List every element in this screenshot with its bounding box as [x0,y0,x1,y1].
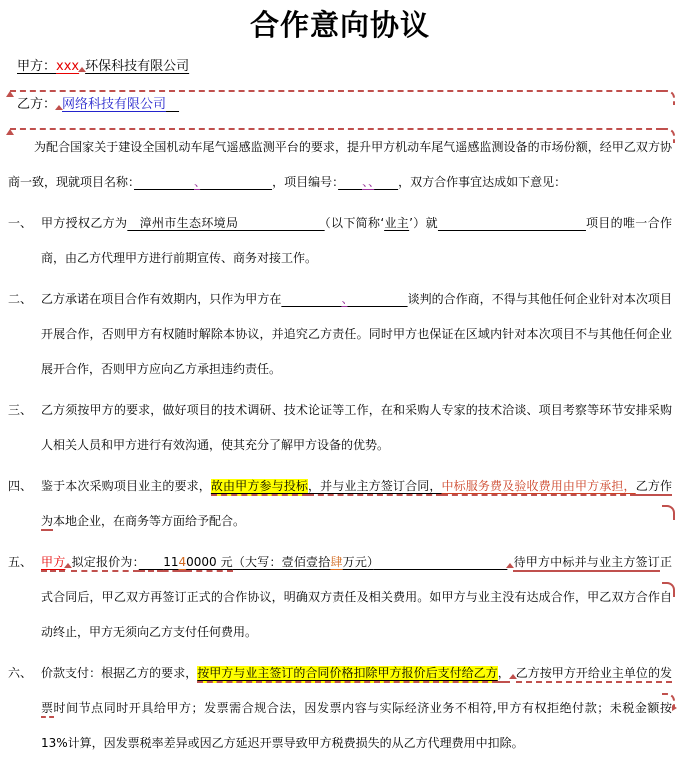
revision-hook-icon [662,128,675,143]
text-segment: ，双方合作事宜达成如下意见： [398,175,566,189]
text-segment: （大写：壹佰壹拾 [233,555,331,569]
text-segment: ，项目编号： [272,175,338,189]
text-segment: 乙方承诺在项目合作有效期内，只作为甲方在 [41,292,281,306]
text-segment [373,555,507,569]
text-segment [134,175,194,189]
text-segment: 待甲方中标并与业主方签订 [513,555,660,572]
text-segment: 4 [178,555,186,572]
clause-5-text: 甲方拟定报价为： 1140000 元（大写：壹佰壹拾肆万元） 待甲方中标并与业主… [41,555,672,639]
text-segment: 乙方： [17,97,56,112]
clause-6-text: 价款支付：根据乙方的要求，按甲方与业主签订的合同价格扣除甲方报价后支付给乙方，乙… [41,666,672,750]
text-segment [200,175,272,189]
text-segment: 网络科技有限公司 [62,97,166,112]
text-segment: 拟定报价为： [71,555,138,572]
revision-hook-icon [662,505,675,520]
text-segment: 按甲方与业主签订的合同价格扣除甲方报价后支付给乙方 [197,666,497,683]
revision-rule-icon [10,128,662,130]
text-segment [338,175,362,189]
clause-2: 二、 乙方承诺在项目合作有效期内，只作为甲方在 、 谈判的合作商，不得与其他任何… [8,282,672,387]
clause-5: 五、 甲方拟定报价为： 1140000 元（大写：壹佰壹拾肆万元） 待甲方中标并… [8,545,672,650]
text-segment: 乙方须按甲方的要求，做好项目的技术调研、技术论证等工作，在和采购人专家的技术洽谈… [41,403,672,452]
text-segment [281,292,341,306]
text-segment: 甲方： [17,59,56,74]
text-segment: 中标服务费及验收费用由甲方承担， [442,479,636,496]
text-segment [166,97,179,112]
text-segment [347,292,407,306]
revision-caret-icon [6,129,14,135]
text-segment: 业主 [384,216,409,230]
text-segment: 0000 元 [186,555,233,572]
text-segment: 价款支付：根据乙方的要求， [41,666,197,680]
text-segment: xxx [56,59,79,74]
text-segment: ，并与业主方签订合同， [308,479,442,496]
text-segment: 时间节点同时开具给甲方；发票需合规合法，因发票内容与实际经济业务不相符,甲方有权… [41,701,672,750]
text-segment: 鉴于本次采购项目业主的要求， [41,479,211,493]
clause-1: 一、 甲方授权乙方为 漳州市生态环境局 （以下简称‘业主’）就 项目的唯一合作商… [8,206,672,276]
text-segment: ’）就 [409,216,438,230]
text-segment: 本地企业，在商务等方面给予配合。 [53,514,245,528]
party-a-line: 甲方：xxx环保科技有限公司 [17,56,680,78]
clause-5-number: 五、 [8,545,38,580]
text-segment: 环保科技有限公司 [85,59,189,74]
clause-4-text: 鉴于本次采购项目业主的要求，故由甲方参与投标，并与业主方签订合同，中标服务费及验… [41,479,672,531]
revision-hook-icon [662,693,675,708]
text-segment [374,175,398,189]
clause-3: 三、 乙方须按甲方的要求，做好项目的技术调研、技术论证等工作，在和采购人专家的技… [8,393,672,463]
clause-4-number: 四、 [8,469,38,504]
text-segment: 肆 [330,555,342,569]
clause-3-number: 三、 [8,393,38,428]
intro-paragraph: 为配合国家关于建设全国机动车尾气遥感监测平台的要求，提升甲方机动车尾气遥感监测设… [8,130,672,200]
clause-6: 六、 价款支付：根据乙方的要求，按甲方与业主签订的合同价格扣除甲方报价后支付给乙… [8,656,672,761]
text-segment: 漳州市生态环境局 [127,216,324,230]
revision-caret-icon [6,91,14,97]
revision-hook-icon [662,582,675,597]
revision-rule-icon [10,90,662,92]
clause-6-number: 六、 [8,656,38,691]
clause-4: 四、 鉴于本次采购项目业主的要求，故由甲方参与投标，并与业主方签订合同，中标服务… [8,469,672,539]
revision-hook-icon [662,90,675,105]
clause-2-number: 二、 [8,282,38,317]
text-segment: 、、 [362,175,374,189]
text-segment: 万元） [343,555,374,569]
clause-1-number: 一、 [8,206,38,241]
text-segment: 故由甲方参与投标 [211,479,308,496]
document-title: 合作意向协议 [0,4,680,46]
revision-arrow-icon [672,705,677,711]
text-segment: （以下简称‘ [325,216,384,230]
text-segment: 11 [163,555,178,572]
word-document-page: 合作意向协议 甲方：xxx环保科技有限公司 乙方：网络科技有限公司 为配合国家关… [0,0,680,781]
clause-2-text: 乙方承诺在项目合作有效期内，只作为甲方在 、 谈判的合作商，不得与其他任何企业针… [41,292,672,376]
text-segment: 甲方授权乙方为 [41,216,127,230]
party-b-line: 乙方：网络科技有限公司 [17,94,680,116]
text-segment [139,555,163,572]
text-segment: 甲方 [41,555,65,572]
clause-1-text: 甲方授权乙方为 漳州市生态环境局 （以下简称‘业主’）就 项目的唯一合作商，由乙… [41,216,672,265]
clause-3-text: 乙方须按甲方的要求，做好项目的技术调研、技术论证等工作，在和采购人专家的技术洽谈… [41,403,672,452]
text-segment [438,216,586,230]
